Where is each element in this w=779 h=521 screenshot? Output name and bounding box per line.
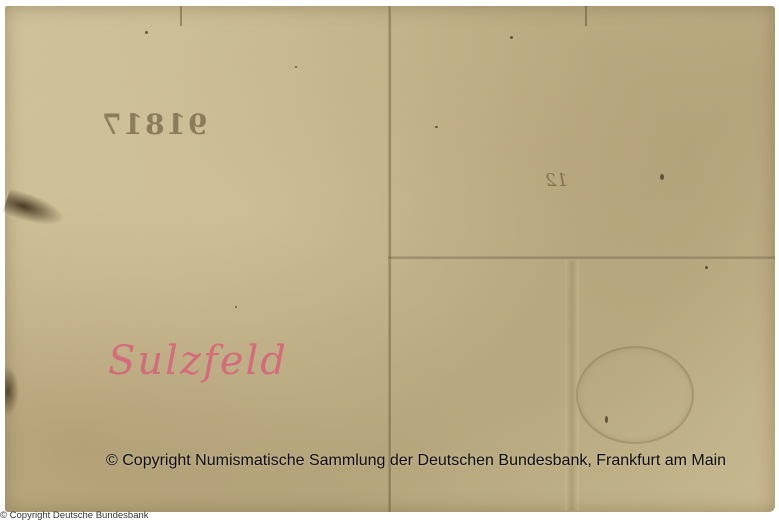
- speck: [295, 66, 297, 68]
- small-mark: 12: [545, 170, 568, 191]
- speck: [235, 306, 237, 308]
- speck: [510, 36, 513, 39]
- handwritten-signature: Sulzfeld: [108, 338, 288, 384]
- horizontal-fold: [388, 256, 775, 260]
- ink-stain: [5, 366, 19, 416]
- top-tear: [585, 6, 587, 26]
- speck: [145, 31, 148, 34]
- speck: [660, 174, 664, 180]
- top-tear: [180, 6, 182, 26]
- speck: [435, 126, 438, 128]
- speck: [705, 266, 708, 269]
- serial-number: 91817: [100, 108, 207, 141]
- copyright-watermark: © Copyright Numismatische Sammlung der D…: [106, 452, 726, 470]
- copyright-footer: © Copyright Deutsche Bundesbank: [0, 510, 149, 521]
- embossed-seal: [576, 346, 694, 444]
- ink-stain: [2, 187, 68, 232]
